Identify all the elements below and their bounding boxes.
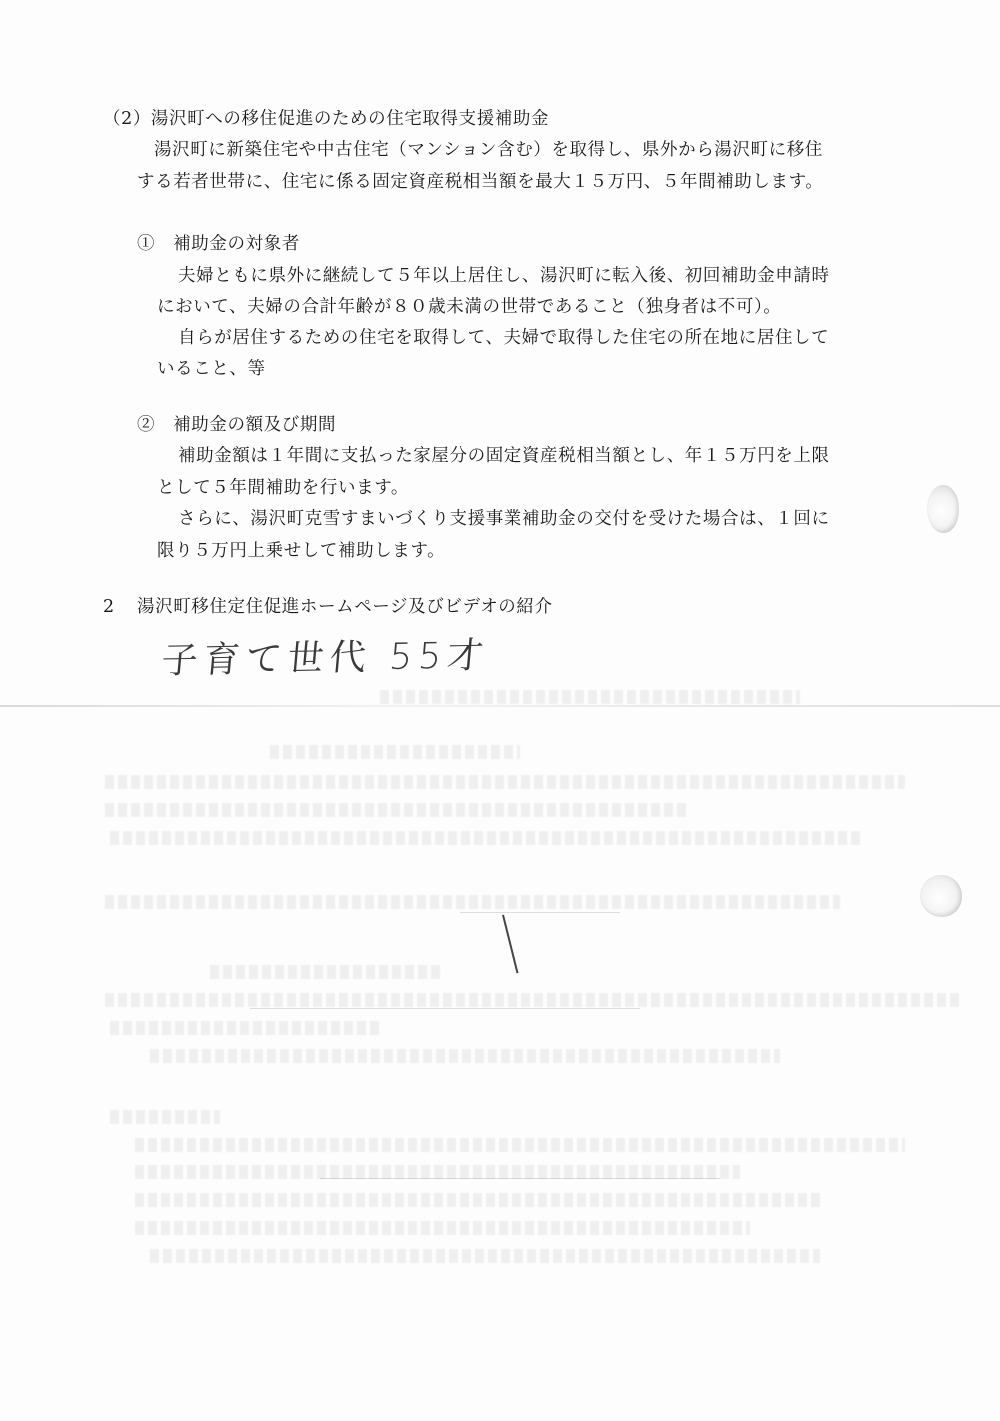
stray-pen-mark xyxy=(502,915,518,974)
paragraph-line: 湯沢町に新築住宅や中古住宅（マンション含む）を取得し、県外から湯沢町に移住 xyxy=(154,138,823,162)
paragraph-line: として５年間補助を行います。 xyxy=(157,476,409,500)
bleed-through-text xyxy=(105,895,840,909)
bleed-through-text xyxy=(210,965,440,979)
handwritten-note: 子育て世代 55才 xyxy=(159,627,491,684)
paragraph-line: において、夫婦の合計年齢が８０歳未満の世帯であること（独身者は不可）。 xyxy=(157,295,781,319)
punch-hole xyxy=(920,875,962,917)
paragraph-line: する若者世帯に、住宅に係る固定資産税相当額を最大１５万円、５年間補助します。 xyxy=(137,170,823,194)
punch-hole xyxy=(927,485,959,533)
bleed-through-text xyxy=(105,775,905,789)
subsection-heading: （2）湯沢町への移住促進のための住宅取得支援補助金 xyxy=(103,107,549,131)
bleed-through-text xyxy=(105,993,960,1007)
paragraph-line: 限り５万円上乗せして補助します。 xyxy=(157,539,445,563)
item-heading: ① 補助金の対象者 xyxy=(137,232,300,256)
bleed-through-text xyxy=(135,1138,905,1152)
bleed-through-text xyxy=(380,690,800,704)
paper-fold-line xyxy=(0,705,1000,707)
section-number: 2 xyxy=(103,595,115,619)
bleed-through-text xyxy=(150,1249,820,1263)
bleed-through-rule xyxy=(320,1178,720,1179)
paragraph-line: 夫婦ともに県外に継続して５年以上居住し、湯沢町に転入後、初回補助金申請時 xyxy=(178,264,830,288)
paragraph-line: いること、等 xyxy=(157,357,266,381)
bleed-through-text xyxy=(135,1221,750,1235)
paragraph-line: 自らが居住するための住宅を取得して、夫婦で取得した住宅の所在地に居住して xyxy=(178,326,829,350)
paragraph-line: さらに、湯沢町克雪すまいづくり支援事業補助金の交付を受けた場合は、１回に xyxy=(178,507,830,531)
bleed-through-text xyxy=(110,1021,380,1035)
bleed-through-text xyxy=(150,1049,780,1063)
section-heading: 湯沢町移住定住促進ホームページ及びビデオの紹介 xyxy=(137,595,553,619)
bleed-through-text xyxy=(105,803,690,817)
bleed-through-text xyxy=(110,831,860,845)
bleed-through-rule xyxy=(250,1008,640,1009)
bleed-through-text xyxy=(270,745,520,759)
bleed-through-text xyxy=(135,1193,820,1207)
bleed-through-text xyxy=(135,1165,740,1179)
item-heading: ② 補助金の額及び期間 xyxy=(137,413,336,437)
bleed-through-text xyxy=(110,1110,220,1124)
paragraph-line: 補助金額は１年間に支払った家屋分の固定資産税相当額とし、年１５万円を上限 xyxy=(178,444,830,468)
bleed-through-rule xyxy=(460,912,620,913)
